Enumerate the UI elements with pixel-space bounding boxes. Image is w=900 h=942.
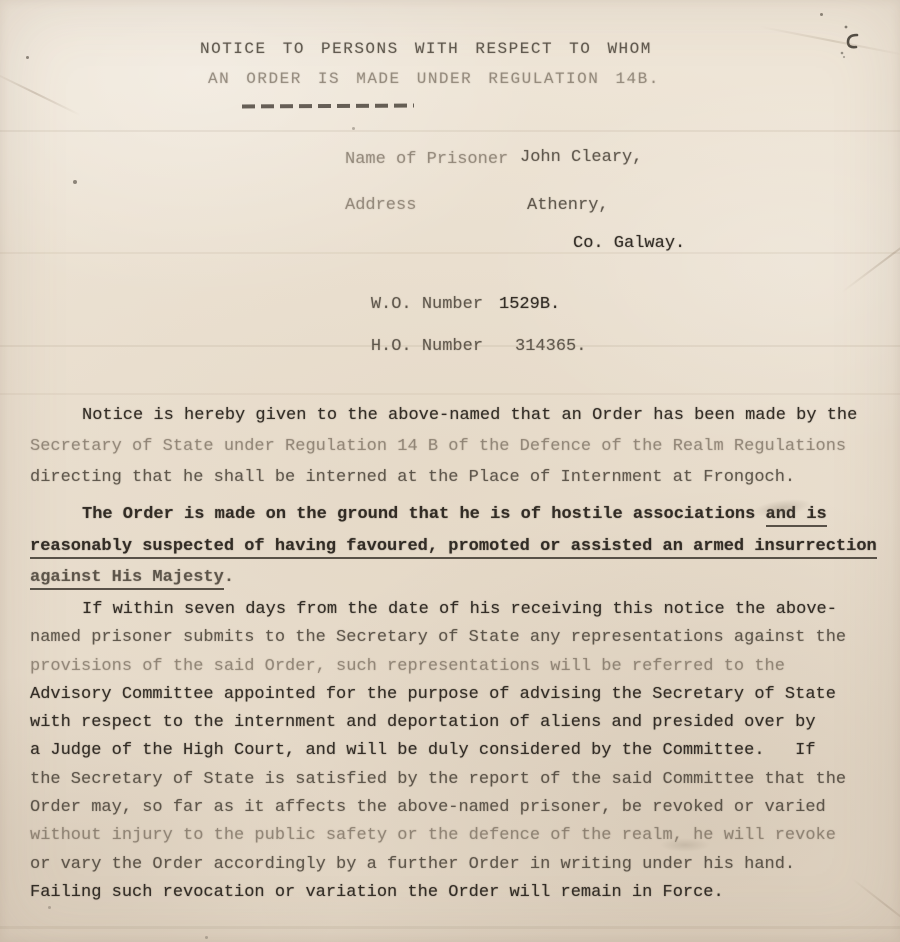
paragraph-grounds: The Order is made on the ground that he … <box>30 499 890 594</box>
prisoner-name-label: Name of Prisoner <box>345 150 508 169</box>
wo-number-value: 1529B. <box>499 295 560 314</box>
document-page: NOTICE TO PERSONS WITH RESPECT TO WHOM A… <box>0 0 900 942</box>
wo-number-label: W.O. Number <box>371 295 483 314</box>
paper-streak <box>0 130 900 132</box>
paper-streak <box>0 252 900 254</box>
grounds-text: . <box>224 568 234 587</box>
paper-crease <box>841 219 900 293</box>
paragraph-line: The Order is made on the ground that he … <box>30 499 890 531</box>
paragraph-representations: If within seven days from the date of hi… <box>30 596 890 907</box>
underlined-phrase: reasonably suspected of having favoured,… <box>30 537 877 559</box>
title-underline <box>242 104 414 109</box>
paragraph-line: reasonably suspected of having favoured,… <box>30 531 890 563</box>
paragraph-internment: Notice is hereby given to the above-name… <box>30 400 890 493</box>
paragraph-line: against His Majesty. <box>30 562 890 594</box>
paper-speck <box>352 127 355 130</box>
paragraph-line: a Judge of the High Court, and will be d… <box>30 737 890 765</box>
paragraph-line: If within seven days from the date of hi… <box>30 596 890 624</box>
handwritten-mark <box>833 24 867 62</box>
paper-speck <box>73 180 77 184</box>
paragraph-line: Order may, so far as it affects the abov… <box>30 794 890 822</box>
paper-speck <box>26 56 29 59</box>
paper-crease <box>0 70 80 116</box>
paper-streak <box>0 926 900 929</box>
ho-number-value: 314365. <box>515 337 586 356</box>
paper-speck <box>820 13 823 16</box>
paragraph-line: directing that he shall be interned at t… <box>30 462 890 493</box>
address-value-line-1: Athenry, <box>527 196 609 215</box>
paragraph-line: Failing such revocation or variation the… <box>30 879 890 907</box>
paper-crease <box>759 26 900 57</box>
ho-number-label: H.O. Number <box>371 337 483 356</box>
paragraph-line: named prisoner submits to the Secretary … <box>30 624 890 652</box>
address-value-line-2: Co. Galway. <box>573 234 685 253</box>
paragraph-line: or vary the Order accordingly by a furth… <box>30 851 890 879</box>
grounds-text: The Order is made on the ground that he … <box>82 505 766 524</box>
paper-speck <box>205 936 208 939</box>
title-line-2: AN ORDER IS MADE UNDER REGULATION 14B. <box>208 70 660 88</box>
paragraph-line: with respect to the internment and depor… <box>30 709 890 737</box>
address-label: Address <box>345 196 416 215</box>
ho-number-row: H.O. Number314365. <box>330 318 586 375</box>
paragraph-line: Advisory Committee appointed for the pur… <box>30 681 890 709</box>
paragraph-line: provisions of the said Order, such repre… <box>30 653 890 681</box>
underlined-phrase: and is <box>766 505 827 527</box>
title-line-1: NOTICE TO PERSONS WITH RESPECT TO WHOM <box>200 40 652 58</box>
paragraph-line: without injury to the public safety or t… <box>30 822 890 850</box>
underlined-phrase: against His Majesty <box>30 568 224 590</box>
paragraph-line: Secretary of State under Regulation 14 B… <box>30 431 890 462</box>
paragraph-line: Notice is hereby given to the above-name… <box>30 400 890 431</box>
paragraph-line: the Secretary of State is satisfied by t… <box>30 766 890 794</box>
prisoner-name-value: John Cleary, <box>520 148 642 167</box>
paper-streak <box>0 393 900 395</box>
